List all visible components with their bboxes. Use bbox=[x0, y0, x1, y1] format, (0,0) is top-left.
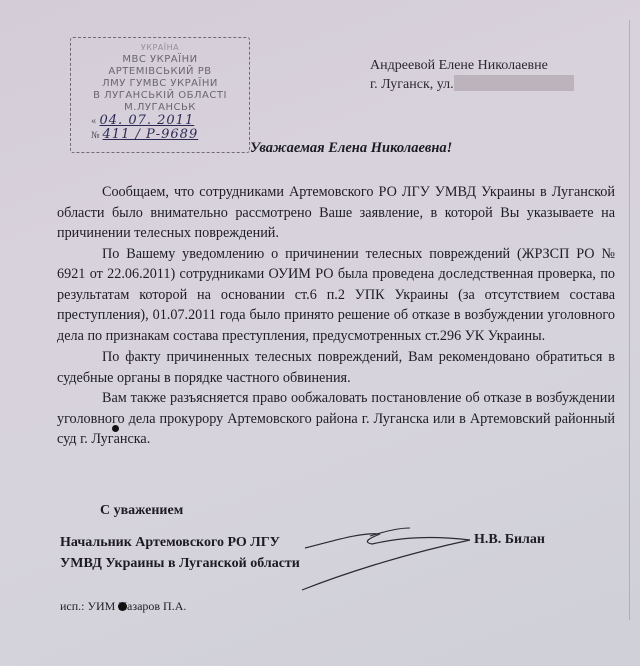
letter-page: УКРАЇНА МВС УКРАЇНИ АРТЕМІВСЬКИЙ РВ ЛМУ … bbox=[0, 0, 640, 666]
paragraph: По факту причиненных телесных повреждени… bbox=[57, 347, 615, 388]
closing-greeting: С уважением bbox=[60, 500, 300, 521]
position-line-2: УМВД Украины в Луганской области bbox=[60, 553, 300, 574]
stamp-number: №411 / Р-9689 bbox=[91, 129, 198, 142]
addressee-name: Андреевой Елене Николаевне bbox=[370, 56, 574, 75]
ink-blot bbox=[118, 602, 127, 611]
position-line-1: Начальник Артемовского РО ЛГУ bbox=[60, 532, 300, 553]
handwritten-signature bbox=[300, 520, 480, 600]
paper-fold-line bbox=[629, 20, 630, 620]
addressee-address: г. Луганск, ул. bbox=[370, 75, 574, 94]
paragraph: Сообщаем, что сотрудниками Артемовского … bbox=[57, 182, 615, 244]
letter-body: Сообщаем, что сотрудниками Артемовского … bbox=[57, 182, 615, 450]
redacted-address bbox=[454, 75, 574, 91]
ink-blot bbox=[112, 425, 119, 432]
addressee-block: Андреевой Елене Николаевне г. Луганск, у… bbox=[370, 56, 574, 94]
signer-name: Н.В. Билан bbox=[474, 532, 545, 548]
closing-block: С уважением Начальник Артемовского РО ЛГ… bbox=[60, 500, 300, 574]
paragraph: По Вашему уведомлению о причинении телес… bbox=[57, 244, 615, 347]
registration-stamp: УКРАЇНА МВС УКРАЇНИ АРТЕМІВСЬКИЙ РВ ЛМУ … bbox=[70, 37, 250, 153]
salutation: Уважаемая Елена Николаевна! bbox=[250, 140, 452, 157]
paragraph: Вам также разъясняется право ообжаловать… bbox=[57, 388, 615, 450]
stamp-text: УКРАЇНА МВС УКРАЇНИ АРТЕМІВСЬКИЙ РВ ЛМУ … bbox=[71, 38, 249, 114]
